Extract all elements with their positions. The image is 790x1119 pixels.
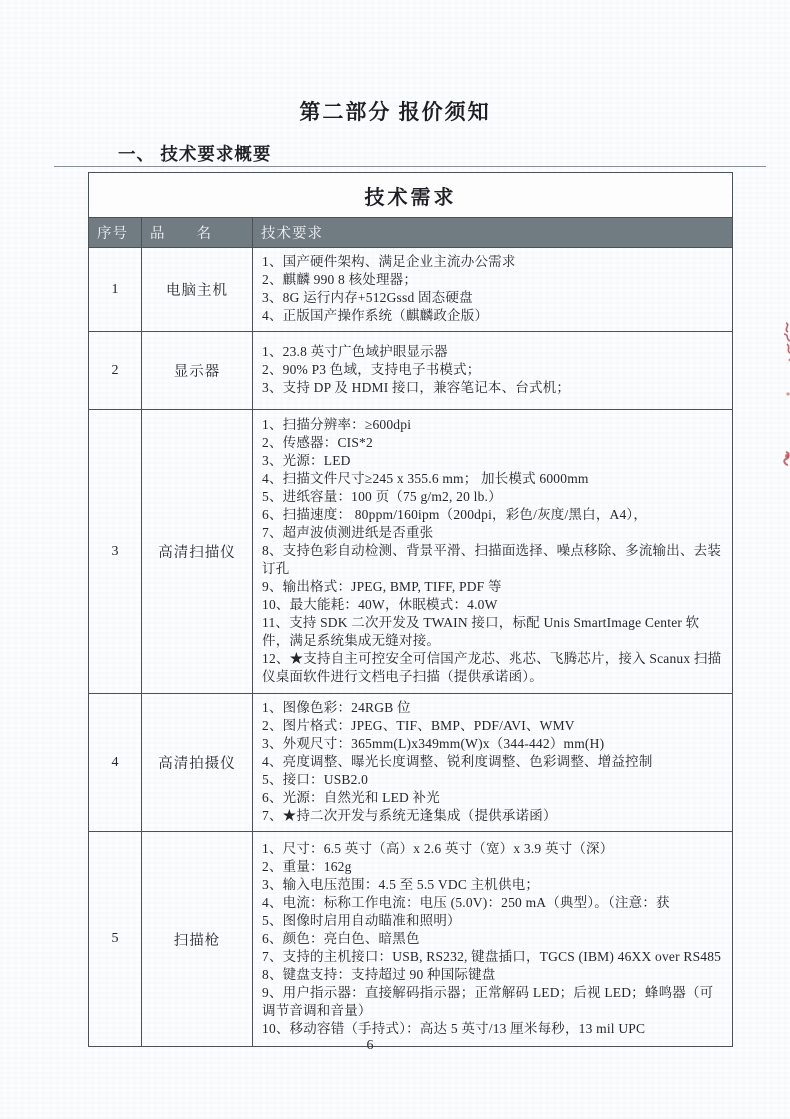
product-name: 扫描枪 — [142, 832, 253, 1047]
table-row: 5扫描枪1、尺寸：6.5 英寸（高）x 2.6 英寸（宽）x 3.9 英寸（深）… — [89, 832, 733, 1047]
requirement-line: 3、输入电压范围：4.5 至 5.5 VDC 主机供电； — [262, 876, 724, 894]
section-heading: 一、 技术要求概要 — [118, 141, 271, 166]
requirement-line: 9、输出格式：JPEG, BMP, TIFF, PDF 等 — [262, 578, 724, 596]
row-number: 4 — [89, 694, 142, 832]
requirement-line: 12、★支持自主可控安全可信国产龙芯、兆芯、飞腾芯片，接入 Scanux 扫描仪… — [262, 650, 724, 686]
requirement-line: 5、接口：USB2.0 — [262, 771, 724, 789]
requirement-line: 6、光源：自然光和 LED 补光 — [262, 789, 724, 807]
table-header-row: 序号 品 名 技术要求 — [89, 218, 733, 248]
table-row: 4高清拍摄仪1、图像色彩：24RGB 位2、图片格式：JPEG、TIF、BMP、… — [89, 694, 733, 832]
document-title: 第二部分 报价须知 — [0, 96, 790, 126]
requirement-line: 7、★持二次开发与系统无逢集成（提供承诺函） — [262, 807, 724, 825]
red-scribble-mark — [779, 320, 790, 368]
requirement-line: 2、麒麟 990 8 核处理器； — [262, 271, 724, 289]
requirement-line: 4、亮度调整、曝光长度调整、锐利度调整、色彩调整、增益控制 — [262, 753, 724, 771]
requirements-cell: 1、23.8 英寸广色域护眼显示器2、90% P3 色域，支持电子书模式；3、支… — [253, 332, 733, 410]
requirement-line: 1、国产硬件架构、满足企业主流办公需求 — [262, 253, 724, 271]
requirement-line: 3、8G 运行内存+512Gssd 固态硬盘 — [262, 289, 724, 307]
requirement-line: 5、进纸容量：100 页（75 g/m2, 20 lb.） — [262, 488, 724, 506]
requirement-line: 2、90% P3 色域，支持电子书模式； — [262, 361, 724, 379]
requirement-line: 1、扫描分辨率：≥600dpi — [262, 416, 724, 434]
row-number: 1 — [89, 248, 142, 332]
requirement-line: 6、扫描速度： 80ppm/160ipm（200dpi，彩色/灰度/黑白，A4）… — [262, 506, 724, 524]
requirement-line: 3、支持 DP 及 HDMI 接口，兼容笔记本、台式机； — [262, 379, 724, 397]
product-name: 显示器 — [142, 332, 253, 410]
product-name: 高清扫描仪 — [142, 410, 253, 694]
requirement-line: 8、支持色彩自动检测、背景平滑、扫描面选择、噪点移除、多流输出、去装订孔 — [262, 542, 724, 578]
requirement-line: 11、支持 SDK 二次开发及 TWAIN 接口，标配 Unis SmartIm… — [262, 614, 724, 650]
row-number: 5 — [89, 832, 142, 1047]
requirement-line: 4、扫描文件尺寸≥245 x 355.6 mm； 加长模式 6000mm — [262, 470, 724, 488]
product-name: 高清拍摄仪 — [142, 694, 253, 832]
table-row: 3高清扫描仪1、扫描分辨率：≥600dpi2、传感器：CIS*23、光源：LED… — [89, 410, 733, 694]
row-number: 3 — [89, 410, 142, 694]
page-number: 6 — [330, 1038, 410, 1054]
heading-divider-line — [54, 166, 766, 167]
requirement-line: 1、23.8 英寸广色域护眼显示器 — [262, 343, 724, 361]
table-row: 2显示器1、23.8 英寸广色域护眼显示器2、90% P3 色域，支持电子书模式… — [89, 332, 733, 410]
requirements-cell: 1、扫描分辨率：≥600dpi2、传感器：CIS*23、光源：LED4、扫描文件… — [253, 410, 733, 694]
column-header-requirements: 技术要求 — [253, 218, 733, 248]
requirement-line: 10、移动容错（手持式）：高达 5 英寸/13 厘米每秒，13 mil UPC — [262, 1020, 724, 1038]
requirement-line: 5、图像时启用自动瞄准和照明） — [262, 912, 724, 930]
requirement-line: 7、支持的主机接口：USB, RS232, 键盘插口，TGCS (IBM) 46… — [262, 948, 724, 966]
requirement-line: 2、图片格式：JPEG、TIF、BMP、PDF/AVI、WMV — [262, 717, 724, 735]
requirement-line: 4、正版国产操作系统（麒麟政企版） — [262, 307, 724, 325]
column-header-name: 品 名 — [142, 218, 253, 248]
requirement-line: 8、键盘支持：支持超过 90 种国际键盘 — [262, 966, 724, 984]
requirement-line: 3、外观尺寸：365mm(L)x349mm(W)x（344-442）mm(H) — [262, 735, 724, 753]
requirement-line: 9、用户指示器：直接解码指示器；正常解码 LED；后视 LED；蜂鸣器（可调节音… — [262, 984, 724, 1020]
requirement-line: 6、颜色：亮白色、暗黑色 — [262, 930, 724, 948]
table-row: 1电脑主机1、国产硬件架构、满足企业主流办公需求2、麒麟 990 8 核处理器；… — [89, 248, 733, 332]
column-header-no: 序号 — [89, 218, 142, 248]
requirements-cell: 1、国产硬件架构、满足企业主流办公需求2、麒麟 990 8 核处理器；3、8G … — [253, 248, 733, 332]
table-title-row: 技术需求 — [89, 173, 733, 218]
row-number: 2 — [89, 332, 142, 410]
requirements-cell: 1、尺寸：6.5 英寸（高）x 2.6 英寸（宽）x 3.9 英寸（深）2、重量… — [253, 832, 733, 1047]
red-blob-mark — [780, 449, 790, 469]
requirement-line: 4、电流：标称工作电流：电压 (5.0V)：250 mA（典型）。（注意：获 — [262, 894, 724, 912]
requirement-line: 7、超声波侦测进纸是否重张 — [262, 524, 724, 542]
scanned-document-page: 第二部分 报价须知 一、 技术要求概要 技术需求 序号 品 名 技术要求 1电脑… — [0, 0, 790, 1119]
red-dot-mark — [782, 388, 790, 400]
requirements-cell: 1、图像色彩：24RGB 位2、图片格式：JPEG、TIF、BMP、PDF/AV… — [253, 694, 733, 832]
requirement-line: 2、传感器：CIS*2 — [262, 434, 724, 452]
technical-requirements-table: 技术需求 序号 品 名 技术要求 1电脑主机1、国产硬件架构、满足企业主流办公需… — [88, 172, 733, 1047]
requirement-line: 1、图像色彩：24RGB 位 — [262, 699, 724, 717]
requirement-line: 2、重量：162g — [262, 858, 724, 876]
requirement-line: 10、最大能耗：40W，休眠模式：4.0W — [262, 596, 724, 614]
requirement-line: 1、尺寸：6.5 英寸（高）x 2.6 英寸（宽）x 3.9 英寸（深） — [262, 840, 724, 858]
product-name: 电脑主机 — [142, 248, 253, 332]
table-title: 技术需求 — [89, 173, 733, 218]
requirement-line: 3、光源：LED — [262, 452, 724, 470]
